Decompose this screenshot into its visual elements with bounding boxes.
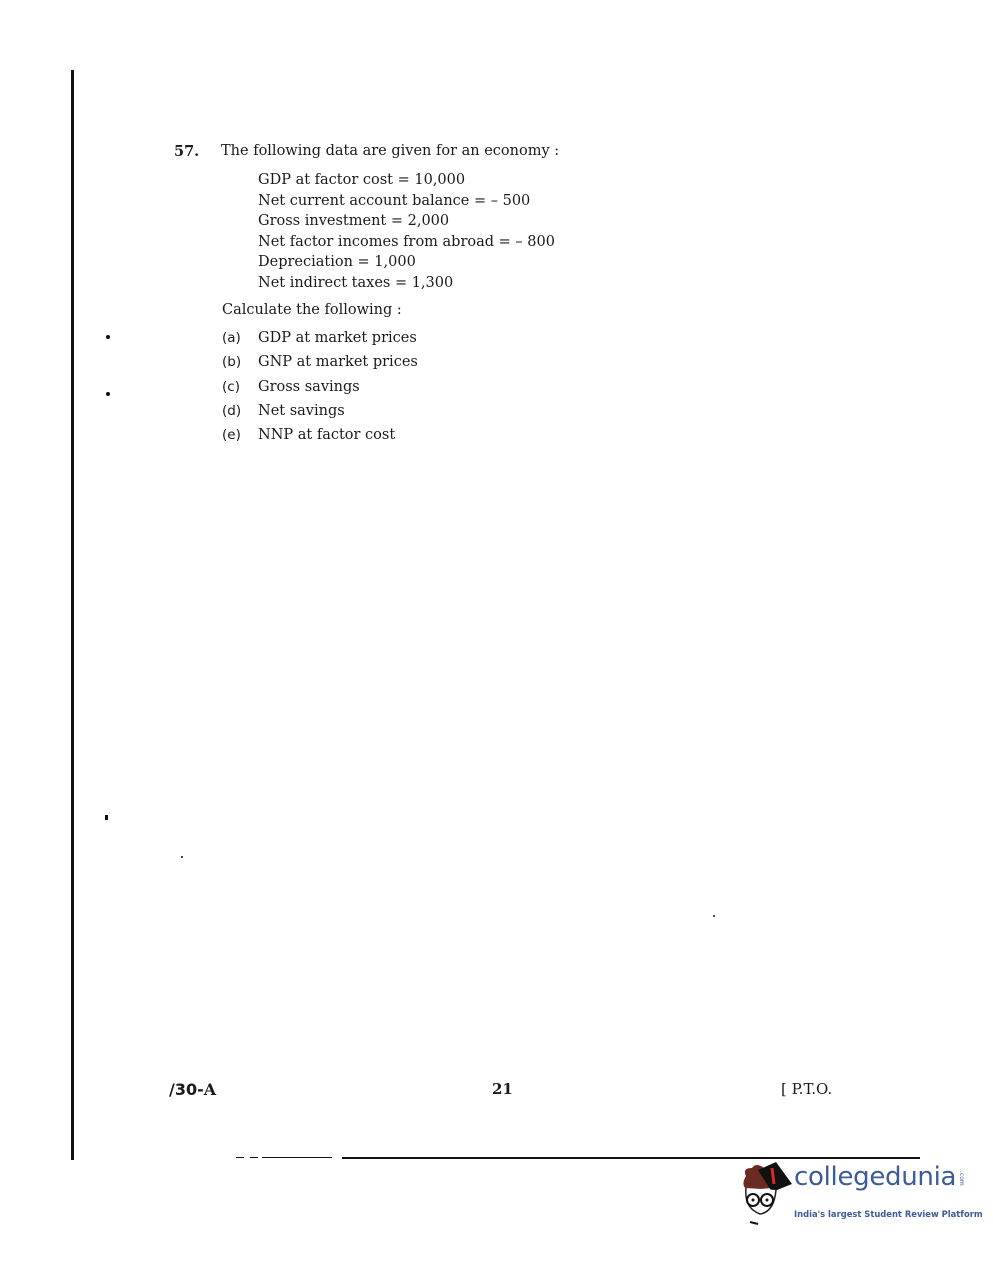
- sub-question-text: GDP at market prices: [258, 330, 417, 346]
- sub-question-label: (a): [222, 330, 258, 346]
- sub-question-list: (a) GDP at market prices (b) GNP at mark…: [222, 326, 418, 447]
- data-item-current-account: Net current account balance = – 500: [258, 191, 555, 212]
- paper-code-prefix: /30-: [169, 1080, 204, 1099]
- data-item-depreciation: Depreciation = 1,000: [258, 252, 555, 273]
- calculate-instruction: Calculate the following :: [222, 302, 402, 318]
- please-turn-over: [ P.T.O.: [781, 1080, 832, 1098]
- sub-question-label: (d): [222, 403, 258, 419]
- data-item-nfia: Net factor incomes from abroad = – 800: [258, 232, 555, 253]
- sub-question-text: Gross savings: [258, 379, 360, 395]
- paper-code: /30-A: [169, 1080, 216, 1099]
- footer-rule-dash: [250, 1157, 258, 1158]
- sub-question-c: (c) Gross savings: [222, 375, 418, 399]
- sub-question-a: (a) GDP at market prices: [222, 326, 418, 350]
- sub-question-text: GNP at market prices: [258, 354, 418, 370]
- sub-question-text: Net savings: [258, 403, 345, 419]
- brand-tagline: India's largest Student Review Platform: [794, 1209, 983, 1219]
- sub-question-b: (b) GNP at market prices: [222, 350, 418, 374]
- footer-rule: [342, 1157, 920, 1159]
- given-data-list: GDP at factor cost = 10,000 Net current …: [258, 170, 555, 294]
- data-item-gdp-fc: GDP at factor cost = 10,000: [258, 170, 555, 191]
- question-stem: The following data are given for an econ…: [221, 143, 559, 159]
- scan-speck: [106, 335, 110, 339]
- sub-question-text: NNP at factor cost: [258, 427, 395, 443]
- sub-question-label: (b): [222, 354, 258, 370]
- paper-code-set: A: [204, 1080, 216, 1099]
- footer-rule: [262, 1157, 332, 1158]
- sub-question-label: (c): [222, 379, 258, 395]
- exam-page: 57. The following data are given for an …: [0, 0, 993, 1267]
- question-number: 57.: [174, 143, 199, 160]
- page-number: 21: [492, 1080, 513, 1098]
- data-item-nit: Net indirect taxes = 1,300: [258, 273, 555, 294]
- collegedunia-watermark: collegedunia .com India's largest Studen…: [736, 1162, 966, 1232]
- scan-margin-line: [71, 70, 74, 1160]
- brand-name: collegedunia: [794, 1162, 956, 1192]
- scan-speck: [105, 815, 108, 820]
- footer-rule-dash: [236, 1157, 244, 1158]
- data-item-gross-investment: Gross investment = 2,000: [258, 211, 555, 232]
- sub-question-d: (d) Net savings: [222, 399, 418, 423]
- brand-domain: .com: [958, 1171, 965, 1186]
- mascot-logo-icon: [736, 1162, 794, 1232]
- sub-question-e: (e) NNP at factor cost: [222, 423, 418, 447]
- scan-speck: [181, 856, 183, 858]
- scan-speck: [713, 915, 715, 917]
- sub-question-label: (e): [222, 427, 258, 443]
- scan-speck: [106, 392, 110, 396]
